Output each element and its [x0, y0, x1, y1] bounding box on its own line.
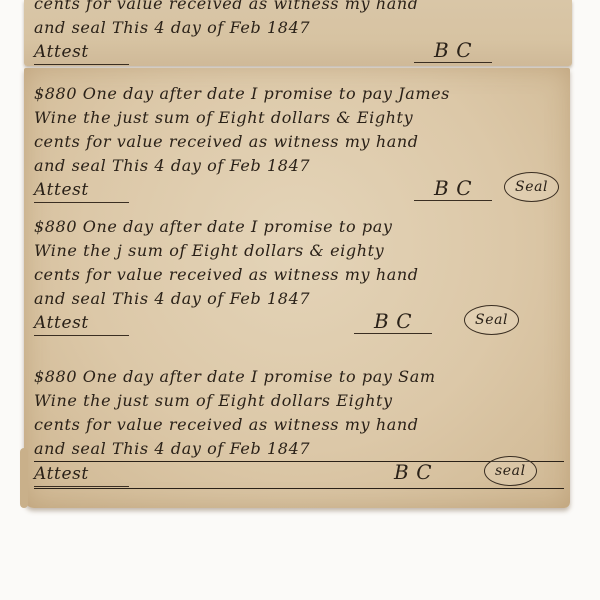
attest-row: Attest B C	[34, 40, 564, 66]
seal-mark: seal	[484, 456, 537, 486]
note-line: cents for value received as witness my h…	[34, 0, 564, 16]
note-line: cents for value received as witness my h…	[34, 413, 564, 437]
previous-page-fragment: cents for value received as witness my h…	[24, 0, 572, 66]
note-line: $880 One day after date I promise to pay	[34, 215, 564, 239]
signature: B C	[414, 176, 492, 201]
note-line: Wine the j sum of Eight dollars & eighty	[34, 239, 564, 263]
promissory-note-2: $880 One day after date I promise to pay…	[34, 215, 564, 337]
attest-label: Attest	[34, 462, 129, 487]
attest-label: Attest	[34, 40, 129, 65]
note-line: and seal This 4 day of Feb 1847	[34, 437, 564, 462]
promissory-note-3: $880 One day after date I promise to pay…	[34, 365, 564, 489]
partial-note-entry: cents for value received as witness my h…	[34, 0, 564, 66]
attest-row: Attest B C seal	[34, 462, 564, 489]
note-line: Wine the just sum of Eight dollars & Eig…	[34, 106, 564, 130]
seal-mark: Seal	[504, 172, 559, 202]
signature: B C	[354, 309, 432, 334]
signature: B C	[374, 460, 452, 484]
note-line: cents for value received as witness my h…	[34, 130, 564, 154]
attest-row: Attest B C Seal	[34, 178, 564, 204]
seal-mark: Seal	[464, 305, 519, 335]
attest-row: Attest B C Seal	[34, 311, 564, 337]
signature: B C	[414, 38, 492, 63]
note-line: $880 One day after date I promise to pay…	[34, 82, 564, 106]
note-line: Wine the just sum of Eight dollars Eight…	[34, 389, 564, 413]
note-line: cents for value received as witness my h…	[34, 263, 564, 287]
note-line: and seal This 4 day of Feb 1847	[34, 16, 564, 40]
note-line: $880 One day after date I promise to pay…	[34, 365, 564, 389]
note-line: and seal This 4 day of Feb 1847	[34, 154, 564, 178]
attest-label: Attest	[34, 178, 129, 203]
promissory-note-1: $880 One day after date I promise to pay…	[34, 82, 564, 204]
attest-label: Attest	[34, 311, 129, 336]
